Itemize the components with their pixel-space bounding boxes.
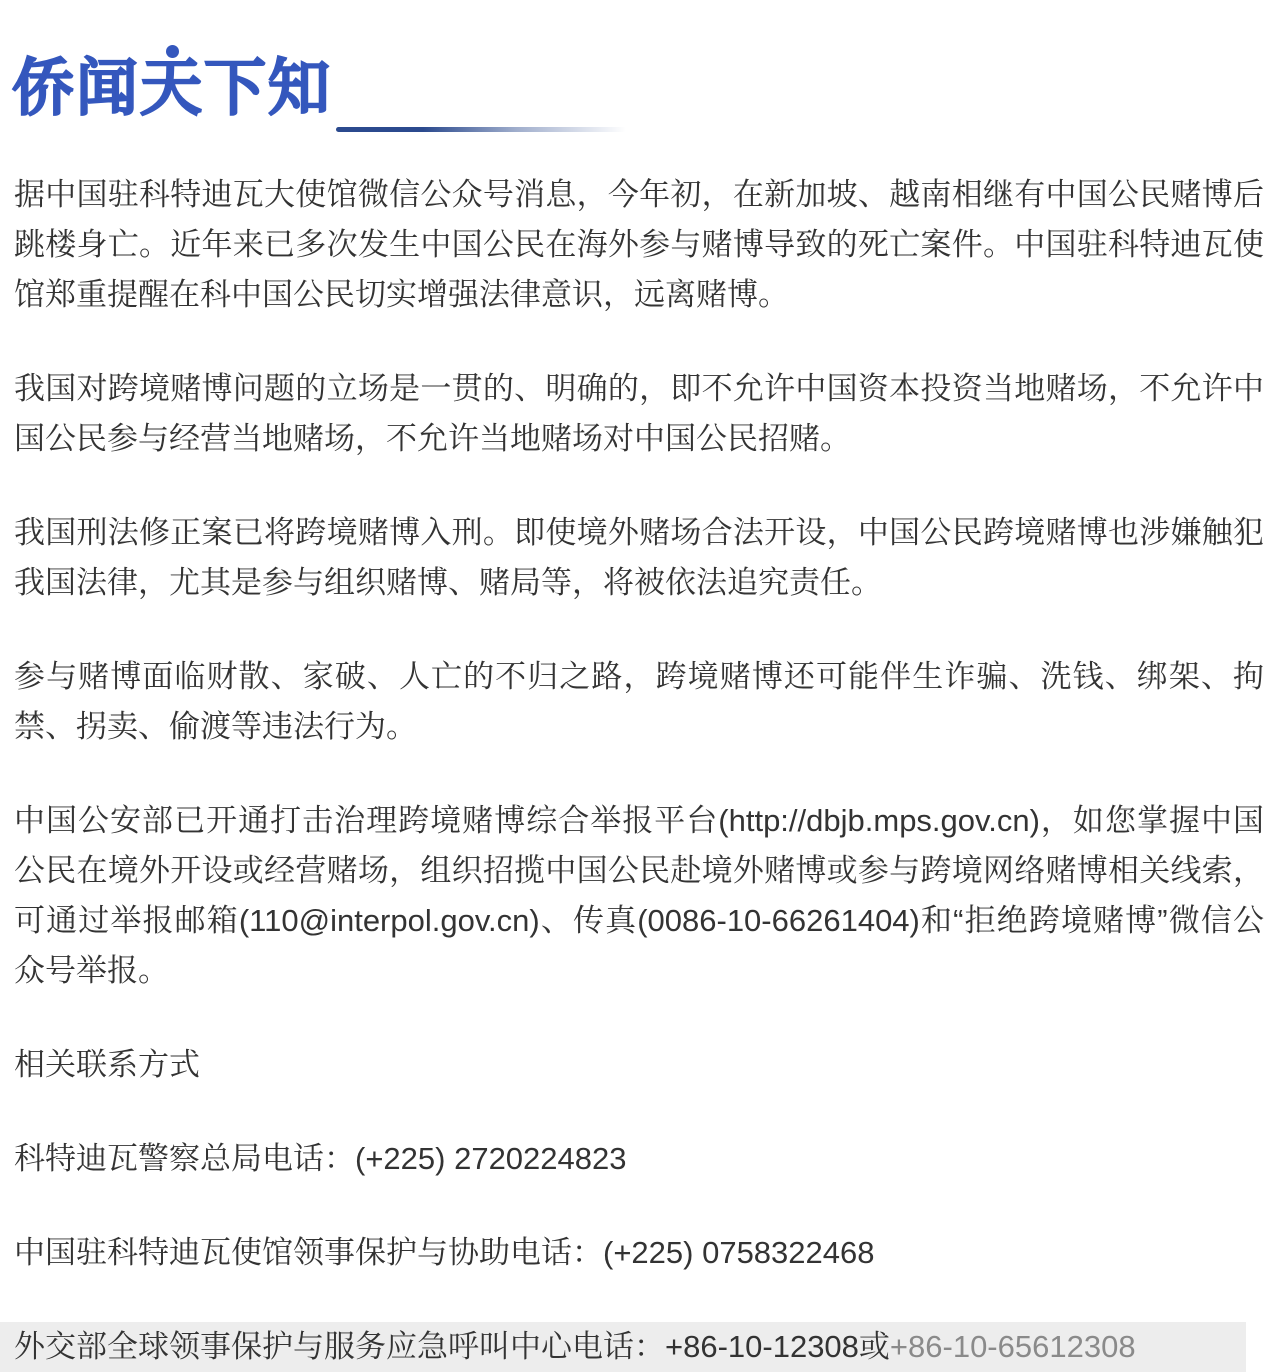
contact-line-police: 科特迪瓦警察总局电话：(+225) 2720224823 [14,1134,1264,1184]
contact-line-embassy: 中国驻科特迪瓦使馆领事保护与协助电话：(+225) 0758322468 [14,1228,1264,1278]
article-paragraph: 我国刑法修正案已将跨境赌博入刑。即使境外赌场合法开设，中国公民跨境赌博也涉嫌触犯… [14,508,1264,608]
article-body: 据中国驻科特迪瓦大使馆微信公众号消息，今年初，在新加坡、越南相继有中国公民赌博后… [0,0,1278,1372]
article-paragraph: 参与赌博面临财散、家破、人亡的不归之路，跨境赌博还可能伴生诈骗、洗钱、绑架、拘禁… [14,652,1264,752]
article-paragraph: 我国对跨境赌博问题的立场是一贯的、明确的，即不允许中国资本投资当地赌场，不允许中… [14,364,1264,464]
contacts-section-title: 相关联系方式 [14,1040,1264,1090]
article-paragraph: 中国公安部已开通打击治理跨境赌博综合举报平台(http://dbjb.mps.g… [14,796,1264,996]
article-page: 侨闻天下知 据中国驻科特迪瓦大使馆微信公众号消息，今年初，在新加坡、越南相继有中… [0,0,1278,1372]
contact-line-mfa: 外交部全球领事保护与服务应急呼叫中心电话：+86-10-12308或+86-10… [14,1322,1264,1372]
article-paragraph: 据中国驻科特迪瓦大使馆微信公众号消息，今年初，在新加坡、越南相继有中国公民赌博后… [14,170,1264,320]
contact-line-mfa-primary: 外交部全球领事保护与服务应急呼叫中心电话：+86-10-12308或 [14,1329,890,1364]
contact-line-mfa-secondary: +86-10-65612308 [890,1329,1136,1364]
